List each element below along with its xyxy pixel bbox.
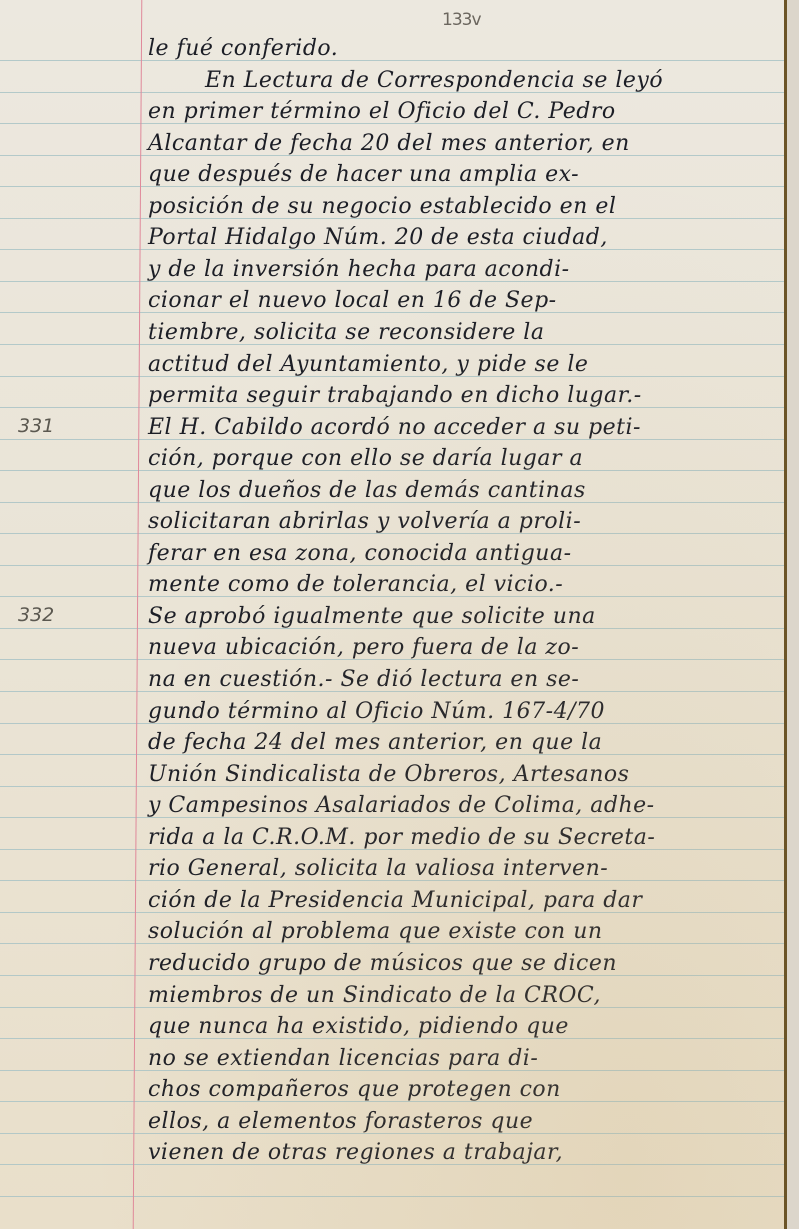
text-line: Unión Sindicalista de Obreros, Artesanos [148, 762, 778, 788]
text-line: solución al problema que existe con un [148, 919, 778, 945]
folio-number: 133v [442, 10, 481, 30]
text-line: tiembre, solicita se reconsidere la [148, 320, 778, 346]
text-line: permita seguir trabajando en dicho lugar… [148, 383, 778, 409]
text-line: de fecha 24 del mes anterior, en que la [148, 730, 778, 756]
text-line: ellos, a elementos forasteros que [148, 1109, 778, 1135]
text-line: no se extiendan licencias para di- [148, 1046, 778, 1072]
text-line: cionar el nuevo local en 16 de Sep- [148, 288, 778, 314]
text-line: rida a la C.R.O.M. por medio de su Secre… [148, 825, 778, 851]
text-line: ción de la Presidencia Municipal, para d… [148, 888, 778, 914]
margin-note-332: 332 [18, 604, 54, 626]
text-line: solicitaran abrirlas y volvería a proli- [148, 509, 778, 535]
text-line: posición de su negocio establecido en el [148, 194, 778, 220]
text-line: rio General, solicita la valiosa interve… [148, 856, 778, 882]
text-line: Portal Hidalgo Núm. 20 de esta ciudad, [148, 225, 778, 251]
text-line: en primer término el Oficio del C. Pedro [148, 99, 778, 125]
text-line: que después de hacer una amplia ex- [148, 162, 778, 188]
text-line: que los dueños de las demás cantinas [148, 478, 778, 504]
text-line: gundo término al Oficio Núm. 167-4/70 [148, 699, 778, 725]
text-line: nueva ubicación, pero fuera de la zo- [148, 635, 778, 661]
text-line: le fué conferido. [148, 36, 778, 62]
margin-note-331: 331 [18, 415, 54, 437]
text-line: miembros de un Sindicato de la CROC, [148, 983, 778, 1009]
ledger-page: 133v 331 332 le fué conferido.En Lectura… [0, 0, 786, 1229]
text-line: En Lectura de Correspondencia se leyó [205, 68, 786, 94]
text-line: actitud del Ayuntamiento, y pide se le [148, 352, 778, 378]
text-line: chos compañeros que protegen con [148, 1077, 778, 1103]
text-line: vienen de otras regiones a trabajar, [148, 1140, 778, 1166]
text-line: Alcantar de fecha 20 del mes anterior, e… [148, 131, 778, 157]
text-line: na en cuestión.- Se dió lectura en se- [148, 667, 778, 693]
text-line: El H. Cabildo acordó no acceder a su pet… [148, 415, 778, 441]
text-line: Se aprobó igualmente que solicite una [148, 604, 778, 630]
red-margin-line [133, 0, 143, 1229]
adjacent-page-strip [787, 0, 799, 1229]
text-line: reducido grupo de músicos que se dicen [148, 951, 778, 977]
text-line: ferar en esa zona, conocida antigua- [148, 541, 778, 567]
text-line: y de la inversión hecha para acondi- [148, 257, 778, 283]
text-line: y Campesinos Asalariados de Colima, adhe… [148, 793, 778, 819]
text-line: que nunca ha existido, pidiendo que [148, 1014, 778, 1040]
text-line: mente como de tolerancia, el vicio.- [148, 572, 778, 598]
text-line: ción, porque con ello se daría lugar a [148, 446, 778, 472]
rule-line [0, 1196, 784, 1197]
